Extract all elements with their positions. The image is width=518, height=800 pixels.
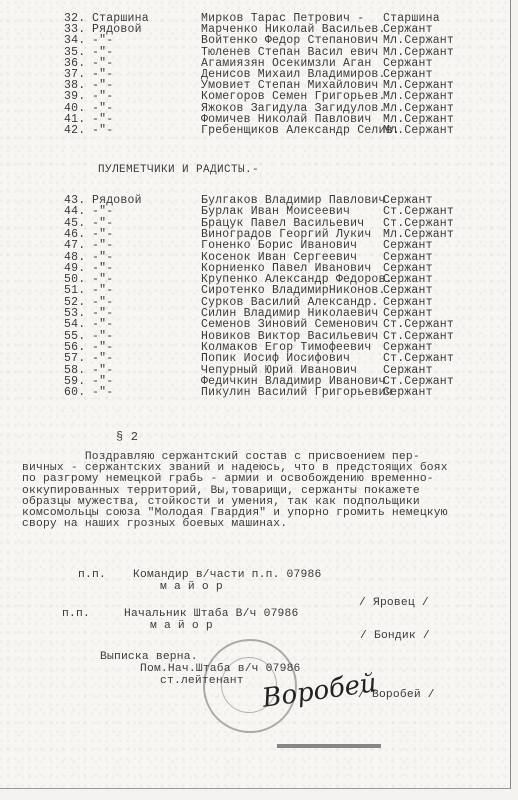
roster-rank: -"- bbox=[92, 125, 192, 136]
congratulation-paragraph: Поздравляю сержантский состав с присвоен… bbox=[22, 452, 518, 530]
roster-name: Семенов Зиновий Семенович bbox=[201, 319, 401, 330]
roster-num: 47. bbox=[64, 240, 92, 251]
copy-note: Выписка верна. bbox=[100, 652, 198, 663]
roster-grade: Сержант bbox=[383, 387, 433, 398]
chief-title: Начальник Штаба В/ч 07986 bbox=[124, 609, 298, 620]
chief-name: / Бондик / bbox=[360, 631, 430, 642]
roster-grade: Мл.Сержант bbox=[383, 125, 454, 136]
paragraph-line: по разгрому немецкой грабь - армии и осв… bbox=[22, 474, 518, 485]
roster-rank: -"- bbox=[92, 206, 192, 217]
roster-grade: Сержант bbox=[383, 240, 433, 251]
roster-name: Попик Иосиф Иосифович bbox=[201, 353, 401, 364]
roster-grade: Ст.Сержант bbox=[383, 319, 454, 330]
roster-rank: -"- bbox=[92, 353, 192, 364]
document-page: 32.СтаршинаМирков Тарас Петрович -Старши… bbox=[0, 0, 511, 789]
roster-name: Бурлак Иван Моисеевич bbox=[201, 206, 401, 217]
commander-title: Командир в/части п.п. 07986 bbox=[133, 570, 321, 581]
assistant-title: Пом.Нач.Штаба в/ч 07986 bbox=[140, 664, 301, 675]
roster-name: Гребенщиков Александр Селив. bbox=[201, 125, 401, 136]
ink-smudge bbox=[277, 744, 381, 748]
roster-name: Пикулин Василий Григорьевич bbox=[201, 387, 401, 398]
roster-rank: -"- bbox=[92, 240, 192, 251]
commander-name: / Яровец / bbox=[359, 598, 429, 609]
section-heading: ПУЛЕМЕТЧИКИ И РАДИСТЫ.- bbox=[98, 165, 259, 176]
roster-num: 57. bbox=[64, 353, 92, 364]
roster-num: 54. bbox=[64, 319, 92, 330]
roster-rank: -"- bbox=[92, 387, 192, 398]
roster-rank: -"- bbox=[92, 319, 192, 330]
roster-grade: Ст.Сержант bbox=[383, 206, 454, 217]
commander-rank: м а й о р bbox=[160, 582, 223, 593]
chief-rank: м а й о р bbox=[150, 621, 213, 632]
paragraph-line: свору на наших грозных боевых машинах. bbox=[22, 519, 518, 530]
roster-name: Гоненко Борис Иванович bbox=[201, 240, 401, 251]
roster-num: 44. bbox=[64, 206, 92, 217]
commander-prefix: п.п. bbox=[78, 570, 106, 581]
roster-num: 60. bbox=[64, 387, 92, 398]
section-marker: § 2 bbox=[116, 432, 138, 443]
roster-grade: Ст.Сержант bbox=[383, 353, 454, 364]
chief-prefix: п.п. bbox=[62, 609, 90, 620]
roster-num: 42. bbox=[64, 125, 92, 136]
assistant-rank: ст.лейтенант bbox=[160, 676, 244, 687]
